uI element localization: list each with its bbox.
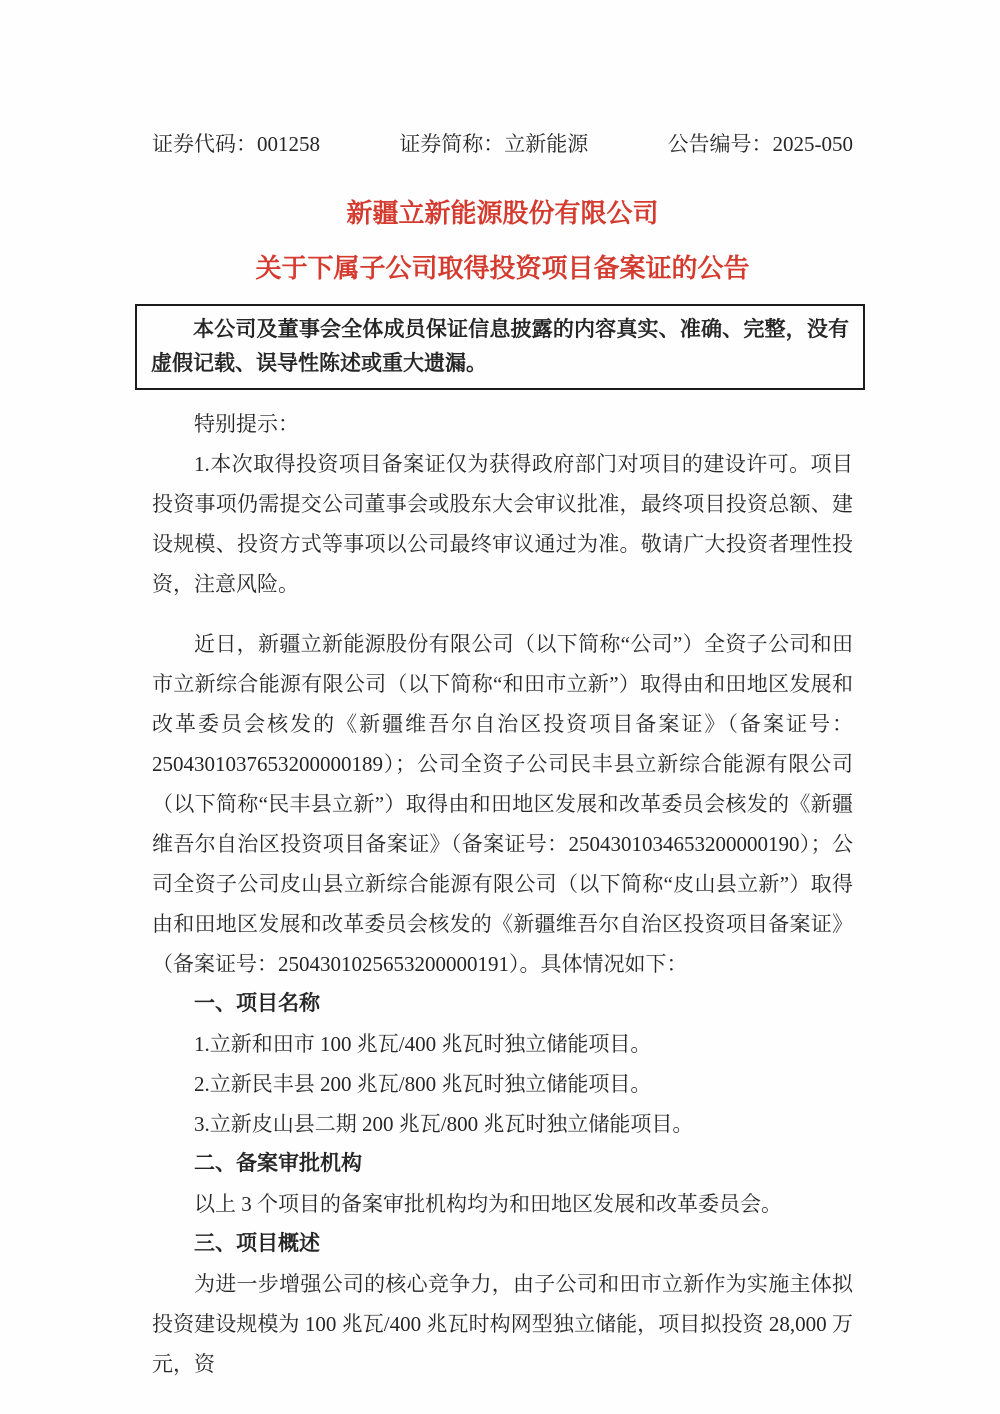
special-note-label: 特别提示：: [152, 404, 853, 444]
page-content: 证券代码：001258 证券简称：立新能源 公告编号：2025-050 新疆立新…: [152, 0, 853, 1384]
announcement-number-label: 公告编号：2025-050: [668, 131, 854, 157]
section-heading-project-names: 一、项目名称: [152, 984, 853, 1024]
project-overview-text: 为进一步增强公司的核心竞争力，由子公司和田市立新作为实施主体拟投资建设规模为 1…: [152, 1264, 853, 1384]
project-item-1: 1.立新和田市 100 兆瓦/400 兆瓦时独立储能项目。: [152, 1024, 853, 1064]
stock-code-label: 证券代码：001258: [152, 131, 320, 157]
announcement-title: 关于下属子公司取得投资项目备案证的公告: [152, 252, 853, 284]
document-header: 证券代码：001258 证券简称：立新能源 公告编号：2025-050: [152, 0, 853, 157]
project-item-3: 3.立新皮山县二期 200 兆瓦/800 兆瓦时独立储能项目。: [152, 1104, 853, 1144]
stock-short-name-label: 证券简称：立新能源: [399, 131, 588, 157]
company-title: 新疆立新能源股份有限公司: [152, 197, 853, 229]
document-body: 特别提示： 1.本次取得投资项目备案证仅为获得政府部门对项目的建设许可。项目投资…: [152, 404, 853, 1384]
section-heading-approval-authority: 二、备案审批机构: [152, 1144, 853, 1184]
section-heading-project-overview: 三、项目概述: [152, 1224, 853, 1264]
special-note-text: 1.本次取得投资项目备案证仅为获得政府部门对项目的建设许可。项目投资事项仍需提交…: [152, 444, 853, 604]
project-item-2: 2.立新民丰县 200 兆瓦/800 兆瓦时独立储能项目。: [152, 1064, 853, 1104]
approval-authority-text: 以上 3 个项目的备案审批机构均为和田地区发展和改革委员会。: [152, 1184, 853, 1224]
disclaimer-box: 本公司及董事会全体成员保证信息披露的内容真实、准确、完整，没有虚假记载、误导性陈…: [135, 304, 865, 390]
announcement-page: 证券代码：001258 证券简称：立新能源 公告编号：2025-050 新疆立新…: [0, 0, 1000, 1414]
disclaimer-text: 本公司及董事会全体成员保证信息披露的内容真实、准确、完整，没有虚假记载、误导性陈…: [151, 312, 849, 380]
intro-paragraph: 近日，新疆立新能源股份有限公司（以下简称“公司”）全资子公司和田市立新综合能源有…: [152, 624, 853, 984]
